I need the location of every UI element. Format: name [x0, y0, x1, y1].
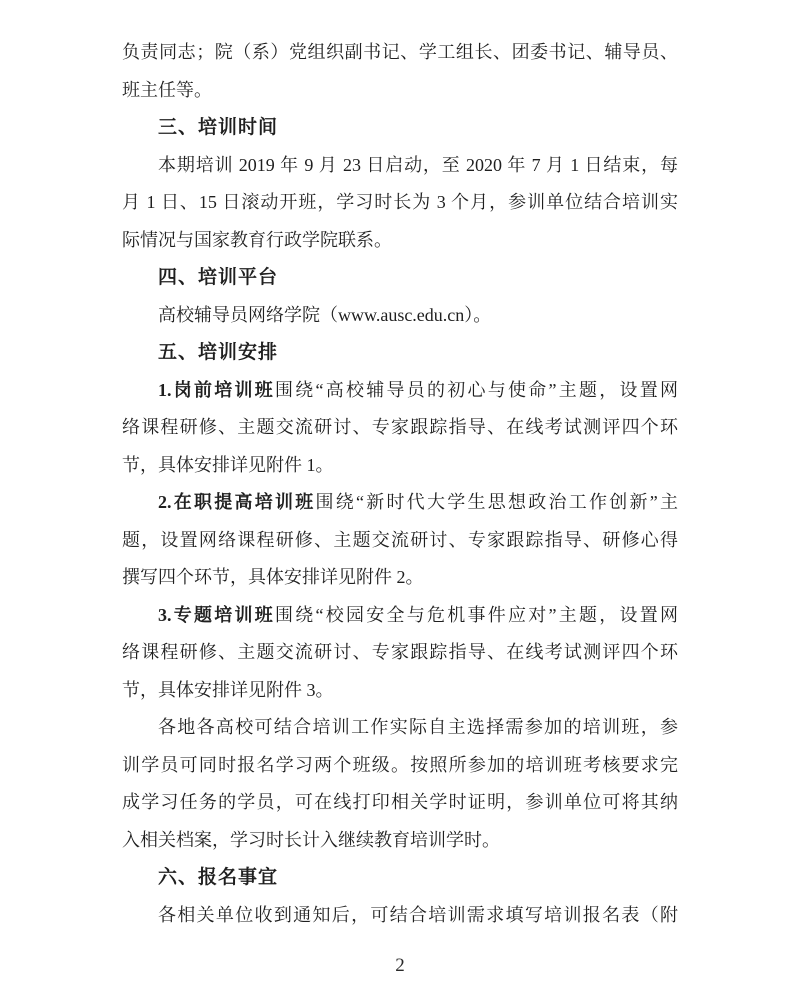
line-text: 撰写四个环节，具体安排详见附件 2。	[122, 567, 424, 587]
line-text: 各地各高校可结合培训工作实际自主选择需参加的培训班，参	[158, 717, 678, 737]
doc-line: 2.在职提高培训班围绕“新时代大学生思想政治工作创新”主	[122, 484, 678, 522]
line-text: 训学员可同时报名学习两个班级。按照所参加的培训班考核要求完	[122, 755, 678, 775]
line-text: 围绕“高校辅导员的初心与使命”主题，设置网	[275, 380, 678, 400]
line-text: 络课程研修、主题交流研讨、专家跟踪指导、在线考试测评四个环	[122, 417, 678, 437]
line-text: 月 1 日、15 日滚动开班，学习时长为 3 个月，参训单位结合培训实	[122, 192, 678, 212]
doc-line: 月 1 日、15 日滚动开班，学习时长为 3 个月，参训单位结合培训实	[122, 184, 678, 222]
page-number: 2	[0, 955, 800, 977]
doc-line: 高校辅导员网络学院（www.ausc.edu.cn）。	[122, 297, 678, 335]
doc-line: 际情况与国家教育行政学院联系。	[122, 222, 678, 260]
line-text: 络课程研修、主题交流研讨、专家跟踪指导、在线考试测评四个环	[122, 642, 678, 662]
paragraph-lead-bold: 1.岗前培训班	[158, 380, 275, 400]
section-heading-training-time: 三、培训时间	[122, 109, 678, 147]
doc-line: 撰写四个环节，具体安排详见附件 2。	[122, 559, 678, 597]
doc-line: 节，具体安排详见附件 3。	[122, 672, 678, 710]
line-text: 际情况与国家教育行政学院联系。	[122, 230, 392, 250]
line-text: 节，具体安排详见附件 3。	[122, 680, 334, 700]
section-heading-training-platform: 四、培训平台	[122, 259, 678, 297]
line-text: 负责同志；院（系）党组织副书记、学工组长、团委书记、辅导员、	[122, 42, 678, 62]
document-body: 负责同志；院（系）党组织副书记、学工组长、团委书记、辅导员、 班主任等。 三、培…	[122, 34, 678, 934]
doc-line: 入相关档案，学习时长计入继续教育培训学时。	[122, 822, 678, 860]
line-text: 围绕“新时代大学生思想政治工作创新”主	[316, 492, 679, 512]
heading-text: 六、报名事宜	[158, 867, 278, 888]
document-page: 负责同志；院（系）党组织副书记、学工组长、团委书记、辅导员、 班主任等。 三、培…	[0, 0, 800, 988]
line-text: 题，设置网络课程研修、主题交流研讨、专家跟踪指导、研修心得	[122, 530, 678, 550]
doc-line: 成学习任务的学员，可在线打印相关学时证明，参训单位可将其纳	[122, 784, 678, 822]
doc-line: 负责同志；院（系）党组织副书记、学工组长、团委书记、辅导员、	[122, 34, 678, 72]
paragraph-lead-bold: 2.在职提高培训班	[158, 492, 316, 512]
doc-line: 题，设置网络课程研修、主题交流研讨、专家跟踪指导、研修心得	[122, 522, 678, 560]
line-text: 班主任等。	[122, 80, 212, 100]
doc-line: 训学员可同时报名学习两个班级。按照所参加的培训班考核要求完	[122, 747, 678, 785]
doc-line: 各地各高校可结合培训工作实际自主选择需参加的培训班，参	[122, 709, 678, 747]
doc-line: 节，具体安排详见附件 1。	[122, 447, 678, 485]
line-text: 各相关单位收到通知后，可结合培训需求填写培训报名表（附	[158, 905, 678, 925]
doc-line: 1.岗前培训班围绕“高校辅导员的初心与使命”主题，设置网	[122, 372, 678, 410]
doc-line: 3.专题培训班围绕“校园安全与危机事件应对”主题，设置网	[122, 597, 678, 635]
section-heading-registration: 六、报名事宜	[122, 859, 678, 897]
line-text: 节，具体安排详见附件 1。	[122, 455, 334, 475]
doc-line: 本期培训 2019 年 9 月 23 日启动，至 2020 年 7 月 1 日结…	[122, 147, 678, 185]
heading-text: 五、培训安排	[158, 342, 278, 363]
line-text: 围绕“校园安全与危机事件应对”主题，设置网	[275, 605, 678, 625]
paragraph-lead-bold: 3.专题培训班	[158, 605, 275, 625]
section-heading-training-arrangement: 五、培训安排	[122, 334, 678, 372]
line-text: 成学习任务的学员，可在线打印相关学时证明，参训单位可将其纳	[122, 792, 678, 812]
line-text: 本期培训 2019 年 9 月 23 日启动，至 2020 年 7 月 1 日结…	[158, 155, 678, 175]
doc-line: 班主任等。	[122, 72, 678, 110]
line-text: 入相关档案，学习时长计入继续教育培训学时。	[122, 830, 500, 850]
doc-line: 络课程研修、主题交流研讨、专家跟踪指导、在线考试测评四个环	[122, 409, 678, 447]
heading-text: 三、培训时间	[158, 117, 278, 138]
heading-text: 四、培训平台	[158, 267, 278, 288]
doc-line: 络课程研修、主题交流研讨、专家跟踪指导、在线考试测评四个环	[122, 634, 678, 672]
line-text: 高校辅导员网络学院（www.ausc.edu.cn）。	[158, 305, 491, 325]
doc-line: 各相关单位收到通知后，可结合培训需求填写培训报名表（附	[122, 897, 678, 935]
